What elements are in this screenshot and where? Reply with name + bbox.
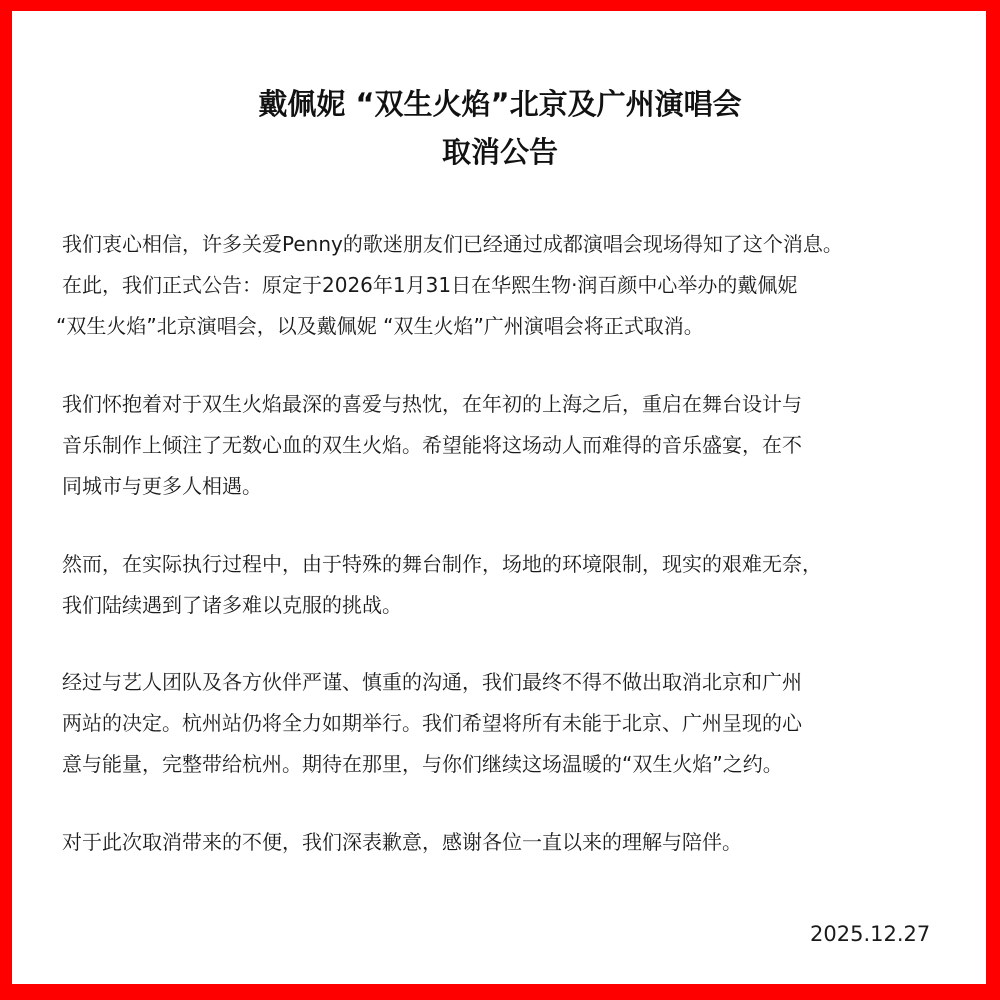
- paragraph-line: “双生火焰”北京演唱会，以及戴佩妮 “双生火焰”广州演唱会将正式取消。: [56, 312, 704, 340]
- paragraph-line: 对于此次取消带来的不便，我们深表歉意，感谢各位一直以来的理解与陪伴。: [62, 828, 742, 856]
- paragraph-line: 在此，我们正式公告：原定于2026年1月31日在华熙生物·润百颜中心举办的戴佩妮: [62, 271, 797, 299]
- paragraph-line: 经过与艺人团队及各方伙伴严谨、慎重的沟通，我们最终不得不做出取消北京和广州: [62, 668, 802, 696]
- paragraph-line: 我们陆续遇到了诸多难以克服的挑战。: [62, 591, 402, 619]
- paragraph-line: 音乐制作上倾注了无数心血的双生火焰。希望能将这场动人而难得的音乐盛宴，在不: [62, 431, 802, 459]
- paragraph-line: 两站的决定。杭州站仍将全力如期举行。我们希望将所有未能于北京、广州呈现的心: [62, 709, 802, 737]
- paragraph-line: 同城市与更多人相遇。: [62, 472, 262, 500]
- paragraph-line: 意与能量，完整带给杭州。期待在那里，与你们继续这场温暖的“双生火焰”之约。: [62, 750, 783, 778]
- paragraph-line: 然而，在实际执行过程中，由于特殊的舞台制作，场地的环境限制，现实的艰难无奈，: [62, 550, 822, 578]
- paragraph-line: 我们衷心相信，许多关爱Penny的歌迷朋友们已经通过成都演唱会现场得知了这个消息…: [62, 230, 843, 258]
- announcement-date: 2025.12.27: [810, 922, 930, 946]
- announcement-title: 戴佩妮 “双生火焰”北京及广州演唱会: [0, 82, 1000, 123]
- announcement-subtitle: 取消公告: [0, 130, 1000, 171]
- paragraph-line: 我们怀抱着对于双生火焰最深的喜爱与热忱，在年初的上海之后，重启在舞台设计与: [62, 390, 802, 418]
